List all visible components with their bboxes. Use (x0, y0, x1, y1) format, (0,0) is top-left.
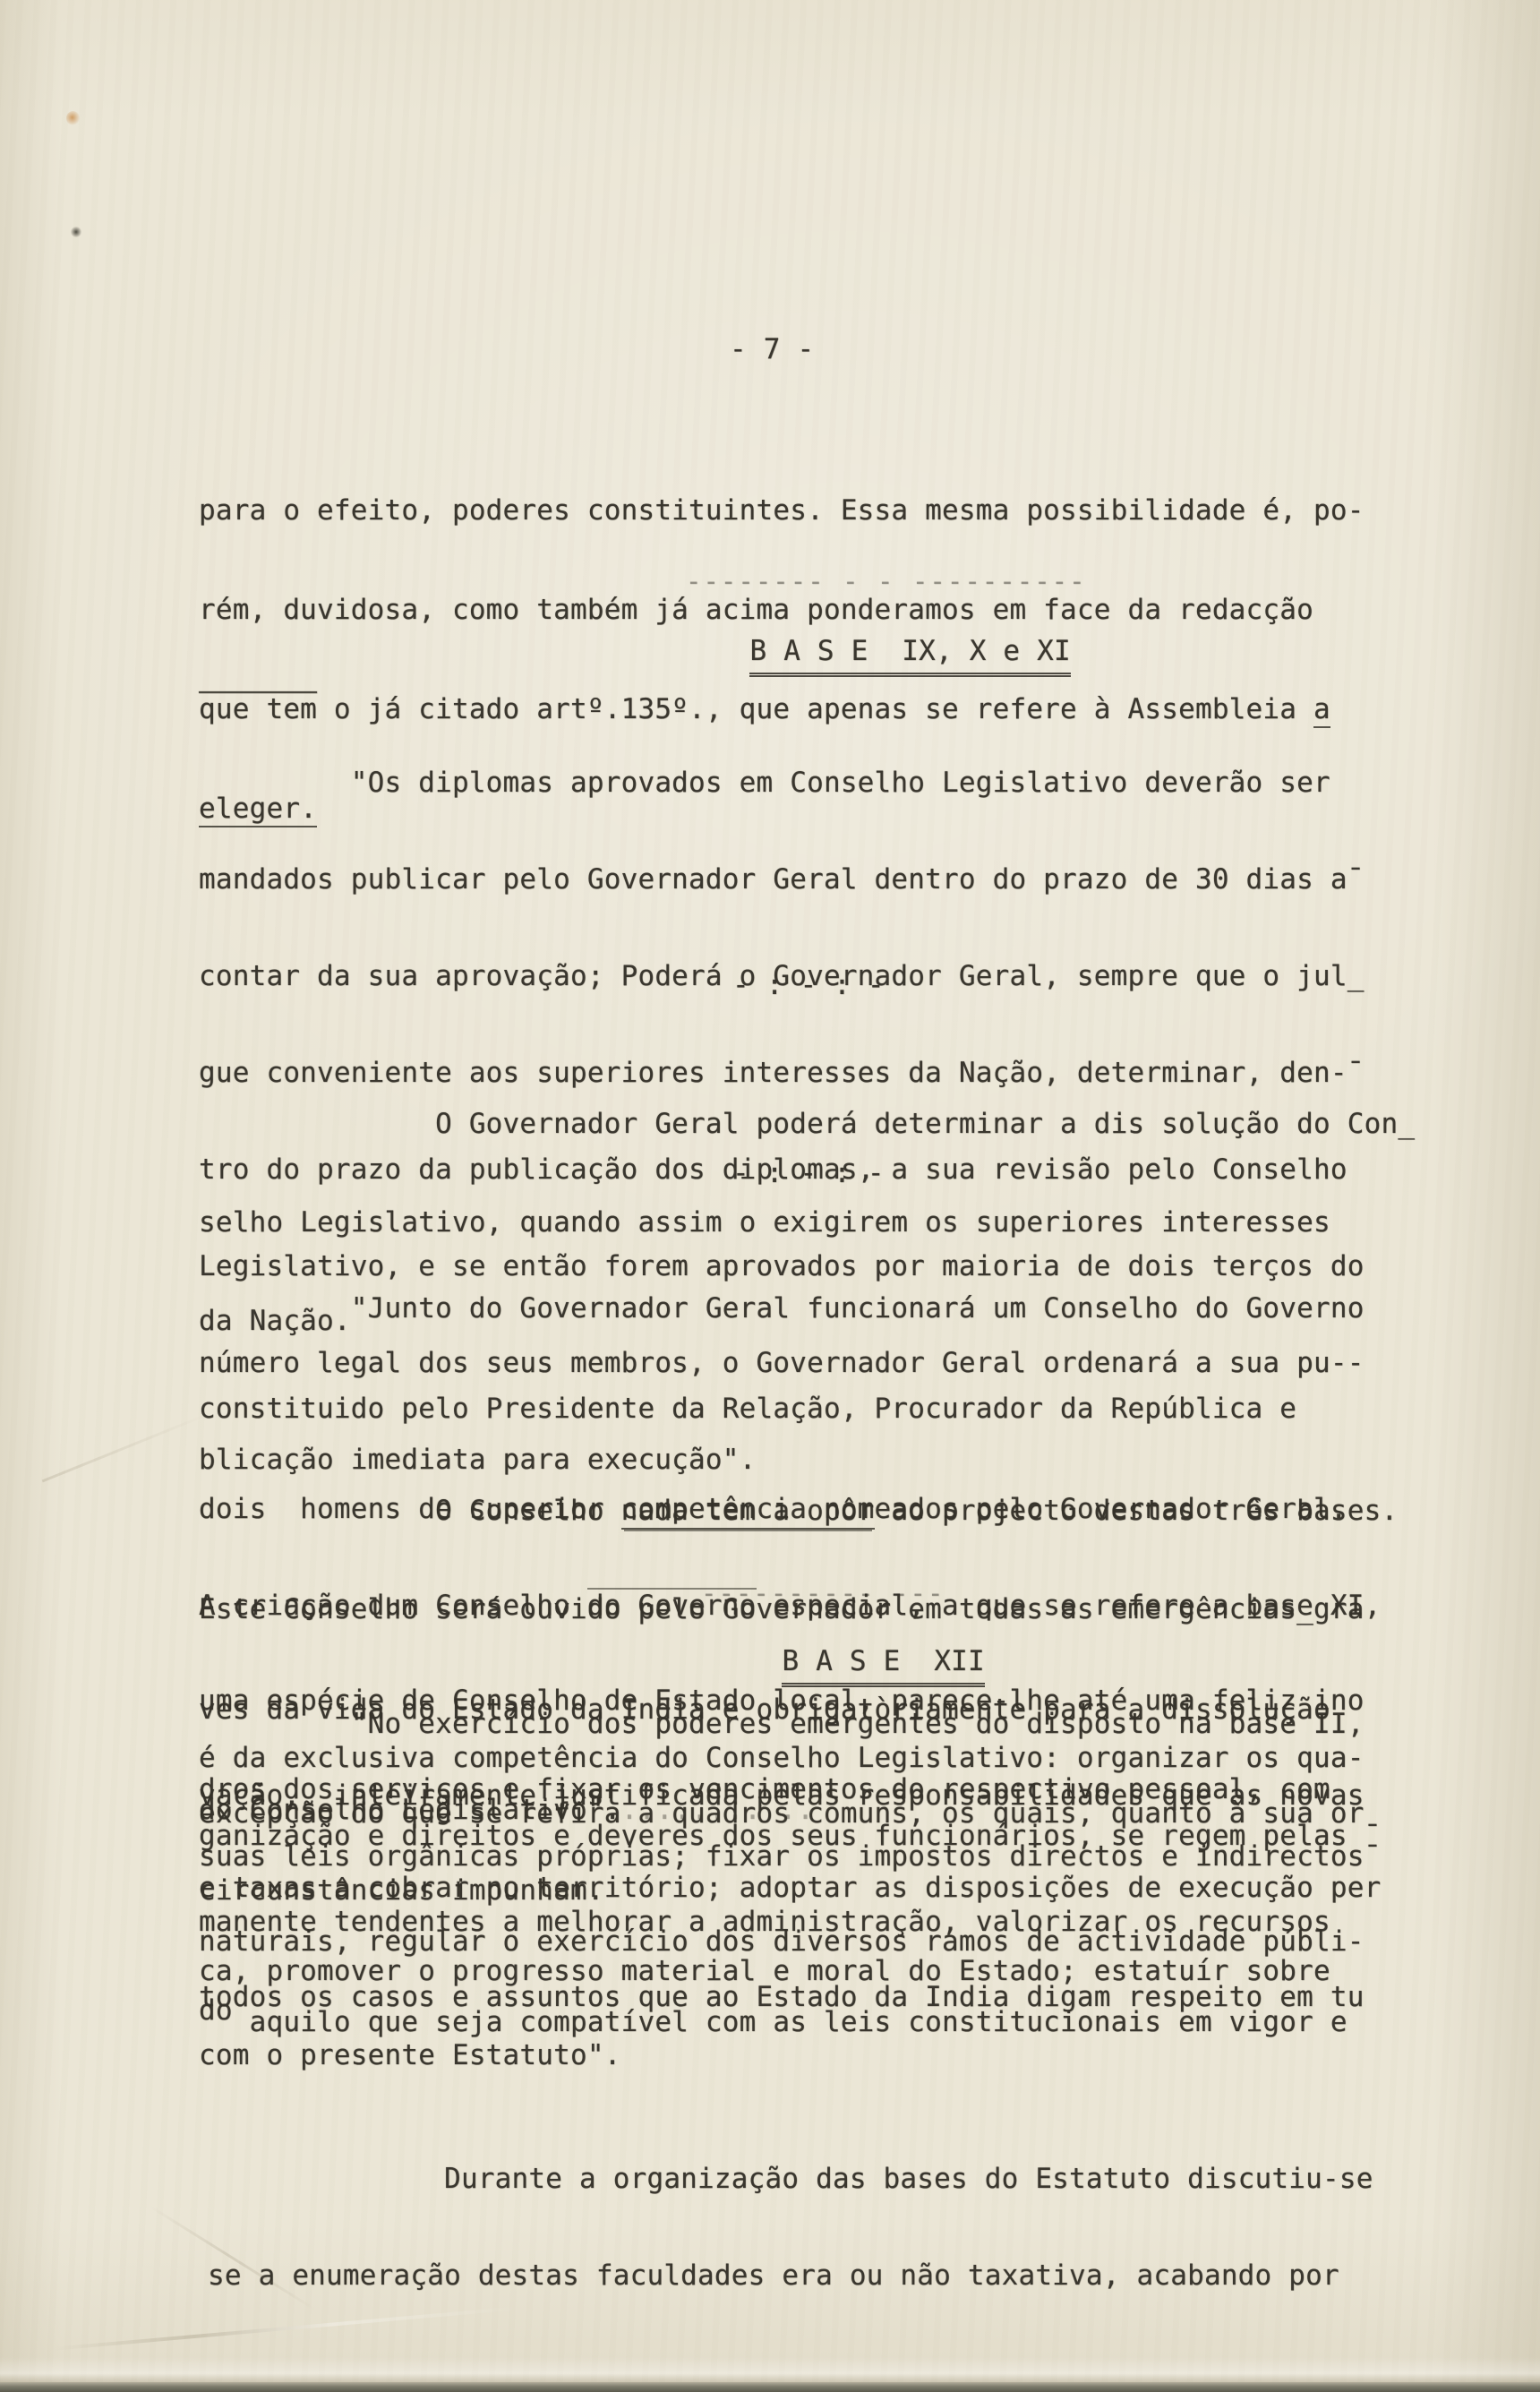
text-run: suas leis orgânicas próprias; fixar os i… (199, 1840, 1381, 1873)
text-run: mandados publicar pelo Governador Geral … (199, 863, 1365, 896)
scan-dark-edge (0, 2382, 1540, 2392)
paragraph-closing: Durante a organização das bases do Estat… (208, 2097, 1373, 2357)
heading-text: B A S E IX, X e XI (749, 635, 1070, 677)
typed-colon-separator: - : - : - (732, 1157, 885, 1190)
text-line: O Conselho nada tem a opôr ao projecto d… (199, 1496, 1398, 1525)
text-run: O Governador Geral poderá determinar a d… (199, 1108, 1415, 1140)
document-page: - 7 - para o efeito, poderes constituint… (0, 0, 1540, 2392)
text-run: é da exclusiva competência do Conselho L… (199, 1742, 1365, 1774)
paper-bottom-curl (0, 2357, 1540, 2382)
text-run: "No exercício dos poderes emergentes do … (199, 1708, 1365, 1740)
text-run: A criação dum Conselho (199, 1590, 587, 1622)
paper-crease (42, 1413, 210, 1483)
text-line: suas leis orgânicas próprias; fixar os i… (199, 1840, 1381, 1873)
text-line: Durante a organização das bases do Estat… (208, 2164, 1373, 2194)
typed-dash-separator: ---------- --- (701, 1577, 945, 1610)
heading-text: B A S E XII (782, 1645, 984, 1687)
text-run: com o presente Estatuto". (199, 2039, 621, 2071)
section-heading-base-ix-x-xi: B A S E IX, X e XI (682, 602, 1071, 710)
text-run: para o efeito, poderes constituintes. Es… (199, 494, 1365, 527)
text-line: é da exclusiva competência do Conselho L… (199, 1742, 1365, 1775)
typed-colon-separator: - : - : - (732, 969, 885, 1002)
text-line: constituido pelo Presidente da Relação, … (199, 1392, 1365, 1426)
text-line: do aquilo que seja compatível com as lei… (199, 2006, 1347, 2039)
text-line: "No exercício dos poderes emergentes do … (199, 1708, 1365, 1741)
text-run: se a enumeração destas faculdades era ou… (208, 2259, 1339, 2292)
ink-speck (71, 227, 81, 237)
text-run: O Conselho (199, 1495, 621, 1527)
text-line: mandados publicar pelo Governador Geral … (199, 864, 1365, 895)
text-line: para o efeito, poderes constituintes. Es… (199, 494, 1365, 527)
text-run: "Junto do Governador Geral funcionará um… (199, 1292, 1365, 1325)
text-run: naturais, regular o exercício dos divers… (199, 1925, 1365, 1958)
text-run: ao projecto destas três bases. (875, 1495, 1399, 1527)
text-line: e taxas a cobrar no território; adoptar … (199, 1872, 1381, 1905)
text-run: constituido pelo Presidente da Relação, … (199, 1393, 1296, 1425)
text-line: "Junto do Governador Geral funcionará um… (199, 1291, 1365, 1325)
text-line: se a enumeração destas faculdades era ou… (208, 2260, 1373, 2291)
text-run: Durante a organização das bases do Estat… (208, 2163, 1373, 2195)
text-line: naturais, regular o exercício dos divers… (199, 1925, 1365, 1959)
text-line: "Os diplomas aprovados em Conselho Legis… (199, 767, 1365, 798)
double-underlined-text: nada tem a opôr (621, 1495, 875, 1530)
quote-paragraph-base-xii: "No exercício dos poderes emergentes do … (199, 1708, 1470, 2084)
text-run: e taxas a cobrar no território; adoptar … (199, 1872, 1381, 1904)
text-run: "Os diplomas aprovados em Conselho Legis… (199, 767, 1330, 799)
text-run: aquilo que seja compatível com as leis c… (233, 2006, 1347, 2038)
text-line: O Governador Geral poderá determinar a d… (199, 1108, 1415, 1140)
section-heading-base-xii: B A S E XII (714, 1612, 985, 1720)
page-number: - 7 - (730, 333, 814, 366)
typed-dash-separator: -------- - - ---------- (686, 565, 1087, 598)
raised-text: do (199, 1994, 233, 2027)
text-line: com o presente Estatuto". (199, 2039, 621, 2072)
paper-stain-spot (66, 111, 80, 125)
